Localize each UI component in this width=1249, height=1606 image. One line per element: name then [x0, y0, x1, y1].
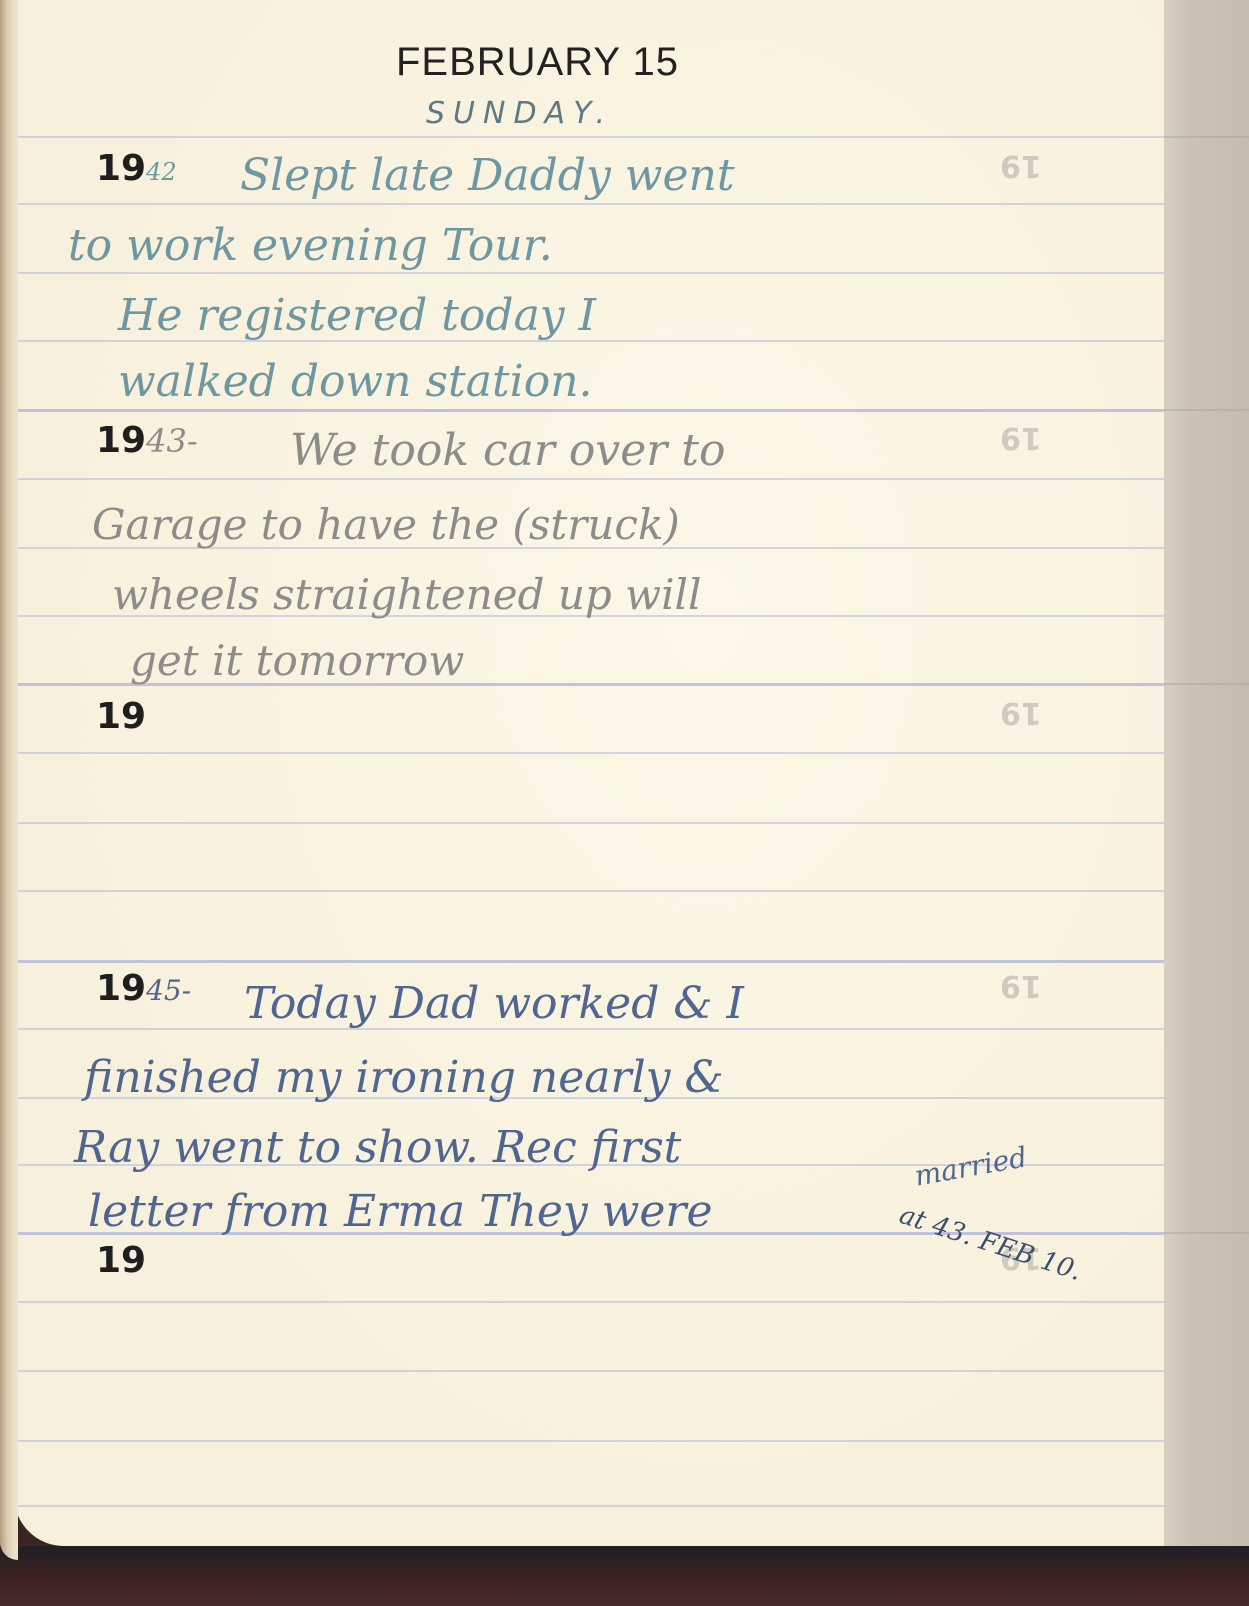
year-label-1943: 1943- [96, 420, 198, 461]
year-suffix: 42 [146, 158, 177, 186]
ruled-line [18, 1301, 1164, 1303]
entry-1942-line-2: to work evening Tour. [68, 220, 553, 271]
year-printed: 19 [96, 696, 146, 737]
weekday-handwritten: SUNDAY. [426, 96, 613, 131]
year-label-1945: 1945- [96, 968, 191, 1009]
ruled-line [18, 272, 1164, 274]
facing-ruled-line [1164, 683, 1249, 685]
ruled-line [18, 752, 1164, 754]
year-label-1942: 1942 [96, 148, 177, 189]
bleedthrough-year-marker: 19 [1000, 695, 1042, 730]
ruled-line [18, 1440, 1164, 1442]
ruled-line [18, 890, 1164, 892]
bleedthrough-year-marker: 19 [1000, 148, 1042, 183]
year-printed: 19 [96, 148, 146, 189]
entry-1942-line-3: He registered today I [118, 290, 596, 341]
entry-1945-line-3: Ray went to show. Rec first [74, 1122, 681, 1173]
year-label-blank-last: 19 [96, 1240, 146, 1281]
entry-1943-line-1: We took car over to [290, 425, 725, 476]
page-edge-stack [0, 0, 18, 1560]
book-cover-bottom [0, 1546, 1249, 1606]
year-printed: 19 [96, 968, 146, 1009]
ruled-line [18, 1370, 1164, 1372]
facing-ruled-line [1164, 136, 1249, 138]
section-divider [18, 409, 1164, 412]
section-divider [18, 960, 1164, 963]
entry-1945-line-2: finished my ironing nearly & [84, 1052, 724, 1103]
entry-1945-line-4: letter from Erma They were [88, 1186, 713, 1237]
year-suffix: 43- [146, 422, 198, 460]
facing-ruled-line [1164, 1232, 1249, 1234]
year-printed: 19 [96, 1240, 146, 1281]
year-suffix: 45- [146, 974, 191, 1007]
bleedthrough-year-marker: 19 [1000, 420, 1042, 455]
year-label-blank: 19 [96, 696, 146, 737]
ruled-line [18, 478, 1164, 480]
entry-1943-line-3: wheels straightened up will [112, 570, 701, 619]
entry-1945-line-1: Today Dad worked & I [244, 978, 744, 1029]
entry-1943-line-4: get it tomorrow [130, 636, 464, 685]
bleedthrough-year-marker: 19 [1000, 968, 1042, 1003]
entry-1943-line-2: Garage to have the (struck) [92, 500, 680, 549]
entry-1942-line-4: walked down station. [118, 356, 593, 407]
ruled-line [18, 203, 1164, 205]
facing-page-gutter [1164, 0, 1249, 1546]
facing-ruled-line [1164, 409, 1249, 411]
year-printed: 19 [96, 420, 146, 461]
page-date-heading: FEBRUARY 15 [396, 40, 679, 85]
entry-1942-line-1: Slept late Daddy went [240, 150, 735, 201]
ruled-line [18, 822, 1164, 824]
ruled-line [18, 1505, 1164, 1507]
ruled-line [18, 136, 1164, 138]
